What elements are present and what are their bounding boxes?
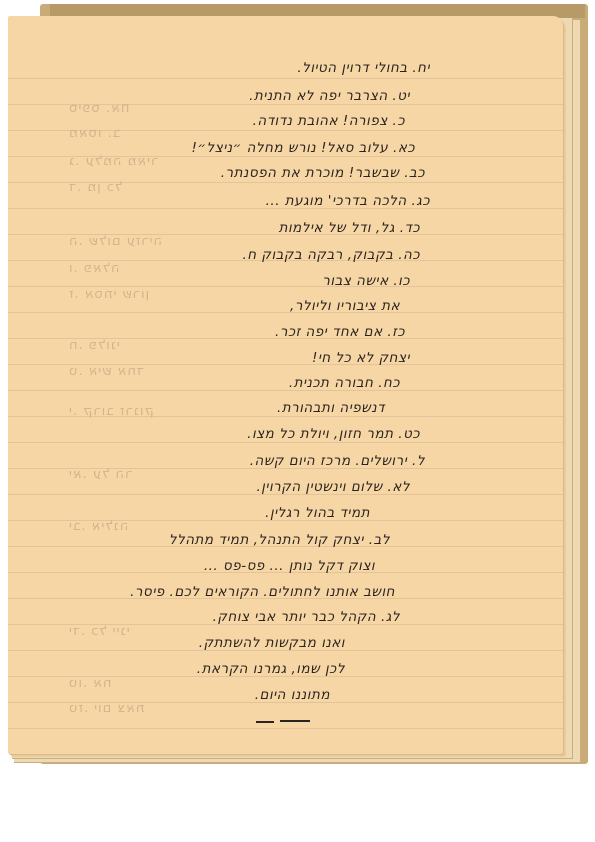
ruled-line	[8, 442, 563, 443]
handwritten-line: ל. ירושלים. מרכז היום קשה.	[250, 453, 425, 469]
handwritten-line: חושב אותנו לחתולים. הקוראים לכם. פיסר.	[130, 584, 395, 600]
handwritten-line: לב. יצחק קול התנהל, תמיד מתהלל	[169, 532, 390, 548]
handwritten-line: את ציבוריו וליולר,	[290, 298, 400, 314]
closing-underline-left	[256, 721, 274, 723]
handwritten-line: כג. הלכה בדרכי' מוגעת ...	[266, 193, 430, 209]
handwritten-line: וצוק דקל נותן ... פס-פס ...	[204, 558, 375, 574]
bleed-through-line: יד. כל ייני	[68, 624, 130, 639]
handwritten-line: כא. עלוב סאל! נורש מחלה ״ניצל״!	[191, 140, 415, 156]
bleed-through-line: י. קרוב זרנוק	[68, 404, 154, 419]
handwritten-line: כ. צפורה! אהובת נדודה.	[253, 113, 405, 129]
notebook-page: пסיפס .אמאסו .בג. עלמה מאירד. מן כלה. של…	[8, 16, 563, 754]
bleed-through-line: ו. פאלה	[68, 261, 120, 276]
bleed-through-line: טו. אח	[68, 676, 111, 691]
closing-underline-right	[280, 720, 310, 722]
ruled-line	[8, 728, 563, 729]
bleed-through-line: מאסו .ב	[68, 126, 120, 141]
bleed-through-line: пסיפס .א	[68, 101, 129, 116]
bleed-through-line: ט. איש אחד	[68, 364, 144, 379]
handwritten-line: יט. הצרבר יפה לא התנית.	[249, 88, 410, 104]
handwritten-line: תמיד בהול רגלין.	[265, 505, 370, 521]
handwritten-line: דנשפיה ותבהורת.	[277, 400, 385, 416]
handwritten-line: כב. שבשבר! מוכרת את הפסנתר.	[221, 165, 425, 181]
bleed-through-line: ד. מן כל	[68, 180, 122, 195]
bleed-through-line: ג. עלמה מאיר	[68, 154, 158, 169]
handwritten-line: יח. בחולי דרוין הטיול.	[297, 60, 430, 76]
bleed-through-line: ז. אסתי שרון	[68, 287, 149, 302]
ruled-line	[8, 312, 563, 313]
ruled-line	[8, 390, 563, 391]
handwritten-line: כט. תמר חזון, ויולת כל מצו.	[247, 426, 420, 442]
handwritten-line: כח. חבורה תכנית.	[289, 375, 400, 391]
bleed-through-line: טז. יום צאת	[68, 701, 144, 716]
handwritten-line: כה. בקבוק, רבקה בקבוק ח.	[242, 247, 420, 263]
handwritten-line: לא. שלום וינשטין הקרוין.	[256, 479, 410, 495]
bleed-through-line: ח. פלוני	[68, 338, 120, 353]
ruled-line	[8, 78, 563, 79]
bleed-through-line: יב. אילנה	[68, 519, 128, 534]
handwritten-line: לג. הקהל כבר יותר אבי צוחק.	[213, 609, 400, 625]
handwritten-line: לכן שמו, גמרנו הקראת.	[197, 661, 345, 677]
handwritten-line: מתוננו היום.	[255, 687, 330, 703]
bleed-through-line: יא. על הר	[68, 467, 132, 482]
handwritten-line: כו. אישה צבור	[322, 273, 410, 289]
bleed-through-line: ה. שלום עזריה	[68, 234, 162, 249]
handwritten-line: כז. אם אחד יפה זכר.	[275, 324, 405, 340]
handwritten-line: ואנו מבקשות להשתתק.	[199, 635, 345, 651]
handwritten-line: יצחק לא כל חי!	[312, 350, 410, 366]
handwritten-line: כד. גל, ודל של אילמות	[279, 220, 420, 236]
